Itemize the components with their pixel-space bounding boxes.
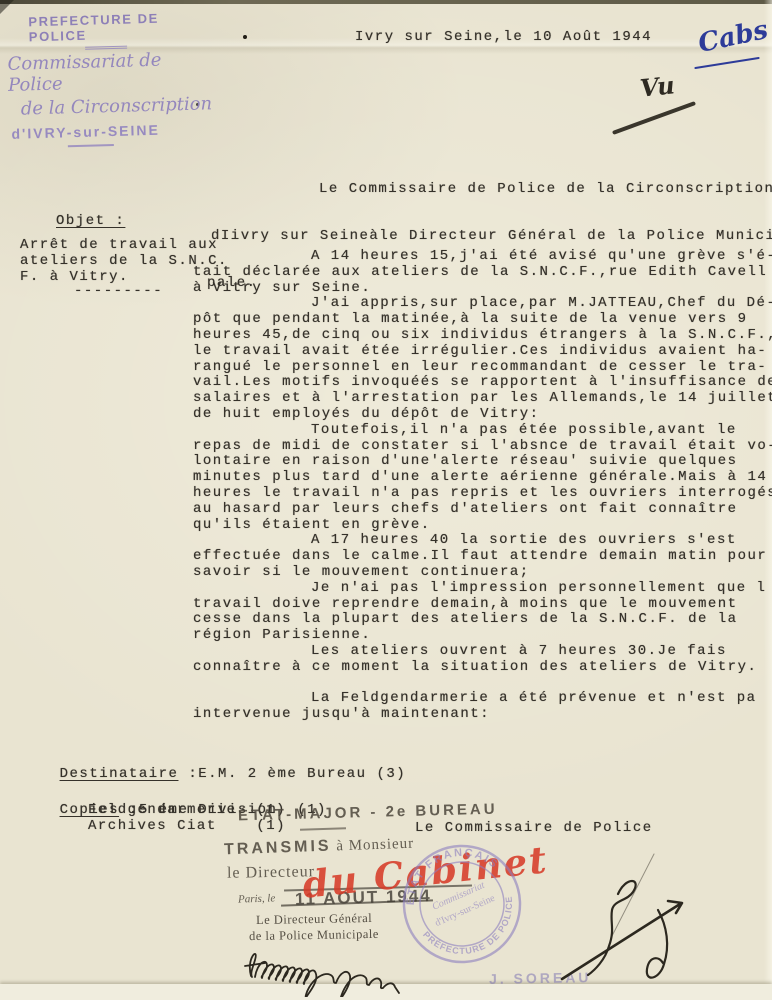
dateline: Ivry sur Seine,le 10 Août 1944 [355, 30, 652, 46]
corner-stamp-line3: de la Circonscription [21, 93, 220, 120]
body-paragraph: A 17 heures 40 la sortie des ouvriers s'… [193, 533, 772, 580]
objet-dashes: --------- [74, 284, 163, 300]
scan-top-edge [0, 0, 772, 4]
body-paragraph: La Feldgendarmerie a été prévenue et n'e… [193, 691, 772, 723]
corner-stamp-rule1 [85, 46, 127, 50]
destinataire-label: Destinataire [60, 766, 179, 782]
objet-label: Objet : [56, 214, 125, 230]
body-paragraph: A 14 heures 15,j'ai été avisé qu'une grè… [193, 249, 772, 296]
prefecture-corner-stamp: PREFECTURE DE POLICE Commissariat de Pol… [6, 9, 220, 148]
handwriting-vu-stroke [612, 101, 696, 135]
dir-general-line1: Le Directeur Général [256, 911, 372, 928]
scanned-letter-page: PREFECTURE DE POLICE Commissariat de Pol… [0, 0, 772, 1000]
body-paragraph: J'ai appris,sur place,par M.JATTEAU,Chef… [193, 296, 772, 422]
body-paragraph: Je n'ai pas l'impression personnellement… [193, 581, 772, 644]
corner-stamp-line2: Commissariat de Police [7, 48, 218, 96]
scan-corner-shadow [0, 0, 14, 14]
handwriting-cab-underline [694, 57, 760, 69]
signature-directeur-general [243, 942, 458, 997]
letter-body: A 14 heures 15,j'ai été avisé qu'une grè… [193, 249, 772, 723]
corner-stamp-line4: d'IVRY-sur-SEINE [11, 120, 219, 142]
salutation-line2: dIivry sur Seineàle Directeur Général de… [211, 229, 772, 245]
signature-commissaire [552, 852, 702, 992]
objet-text: Arrêt de travail auxateliers de la S.N.C… [20, 238, 200, 285]
handwriting-vu: Vu [639, 70, 676, 102]
destinataire-value: :E.M. 2 ème Bureau (3) [178, 766, 406, 782]
corner-stamp-line1: PREFECTURE DE POLICE [28, 9, 217, 44]
transmis-label: TRANSMIS [224, 838, 332, 859]
body-paragraph: Les ateliers ouvrent à 7 heures 30.Je fa… [193, 644, 772, 676]
corner-stamp-rule2 [68, 144, 114, 147]
salutation-line1: Le Commissaire de Police de la Circonscr… [197, 182, 772, 198]
paris-le: Paris, le [238, 892, 276, 905]
body-paragraph: Toutefois,il n'a pas étée possible,avant… [193, 423, 772, 534]
ink-speck-1 [243, 35, 247, 39]
